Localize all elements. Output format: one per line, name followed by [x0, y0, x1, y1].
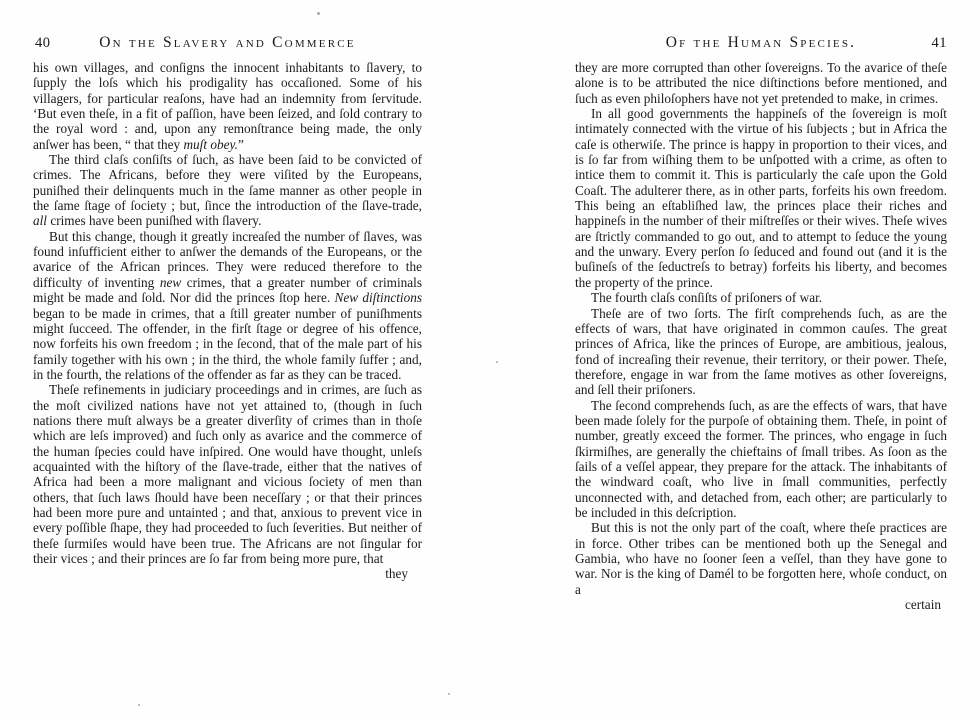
- left-catchword: they: [33, 566, 422, 581]
- scan-speck: [138, 704, 140, 706]
- text-run: crimes have been puniſhed with ſlavery.: [47, 213, 261, 228]
- paragraph: they are more corrupted than other ſover…: [575, 60, 947, 106]
- left-page: 40 On the Slavery and Commerce his own v…: [33, 34, 422, 582]
- right-page-header: Of the Human Species. 41: [575, 34, 947, 56]
- italic-run: all: [33, 213, 47, 228]
- right-page-number: 41: [932, 35, 948, 52]
- text-run: The third claſs conſiſts of ſuch, as hav…: [33, 152, 422, 213]
- text-run: ”: [238, 137, 244, 152]
- italic-run: muſt obey.: [183, 137, 237, 152]
- text-run: In all good governments the happineſs of…: [575, 106, 947, 290]
- right-running-title: Of the Human Species.: [575, 34, 947, 52]
- text-run: The fourth claſs conſiſts of priſoners o…: [591, 290, 822, 305]
- paragraph: Theſe refinements in judiciary proceedin…: [33, 382, 422, 566]
- right-page-body: they are more corrupted than other ſover…: [575, 60, 947, 597]
- paragraph: The fourth claſs conſiſts of priſoners o…: [575, 290, 947, 305]
- text-run: Theſe are of two ſorts. The firſt compre…: [575, 306, 947, 398]
- book-page-scan: 40 On the Slavery and Commerce his own v…: [0, 0, 980, 720]
- left-page-header: 40 On the Slavery and Commerce: [33, 34, 422, 56]
- right-catchword: certain: [575, 597, 947, 612]
- paragraph: The third claſs conſiſts of ſuch, as hav…: [33, 152, 422, 229]
- text-run: they are more corrupted than other ſover…: [575, 60, 947, 106]
- left-running-title: On the Slavery and Commerce: [33, 34, 422, 52]
- text-run: began to be made in crimes, that a ſtill…: [33, 306, 422, 382]
- left-page-number: 40: [35, 35, 51, 52]
- italic-run: new: [160, 275, 181, 290]
- left-page-body: his own villages, and conſigns the innoc…: [33, 60, 422, 566]
- right-page: Of the Human Species. 41 they are more c…: [575, 34, 947, 612]
- scan-speck: [317, 12, 320, 15]
- scan-speck: [448, 693, 450, 695]
- italic-run: New diſtinctions: [334, 290, 422, 305]
- paragraph: But this is not the only part of the coa…: [575, 520, 947, 597]
- paragraph: In all good governments the happineſs of…: [575, 106, 947, 290]
- paragraph: Theſe are of two ſorts. The firſt compre…: [575, 306, 947, 398]
- text-run: But this is not the only part of the coa…: [575, 520, 947, 596]
- text-run: Theſe refinements in judiciary proceedin…: [33, 382, 422, 566]
- paragraph: his own villages, and conſigns the innoc…: [33, 60, 422, 152]
- paragraph: The ſecond comprehends ſuch, as are the …: [575, 398, 947, 521]
- text-run: The ſecond comprehends ſuch, as are the …: [575, 398, 947, 520]
- paragraph: But this change, though it greatly incre…: [33, 229, 422, 382]
- scan-speck: [496, 361, 498, 363]
